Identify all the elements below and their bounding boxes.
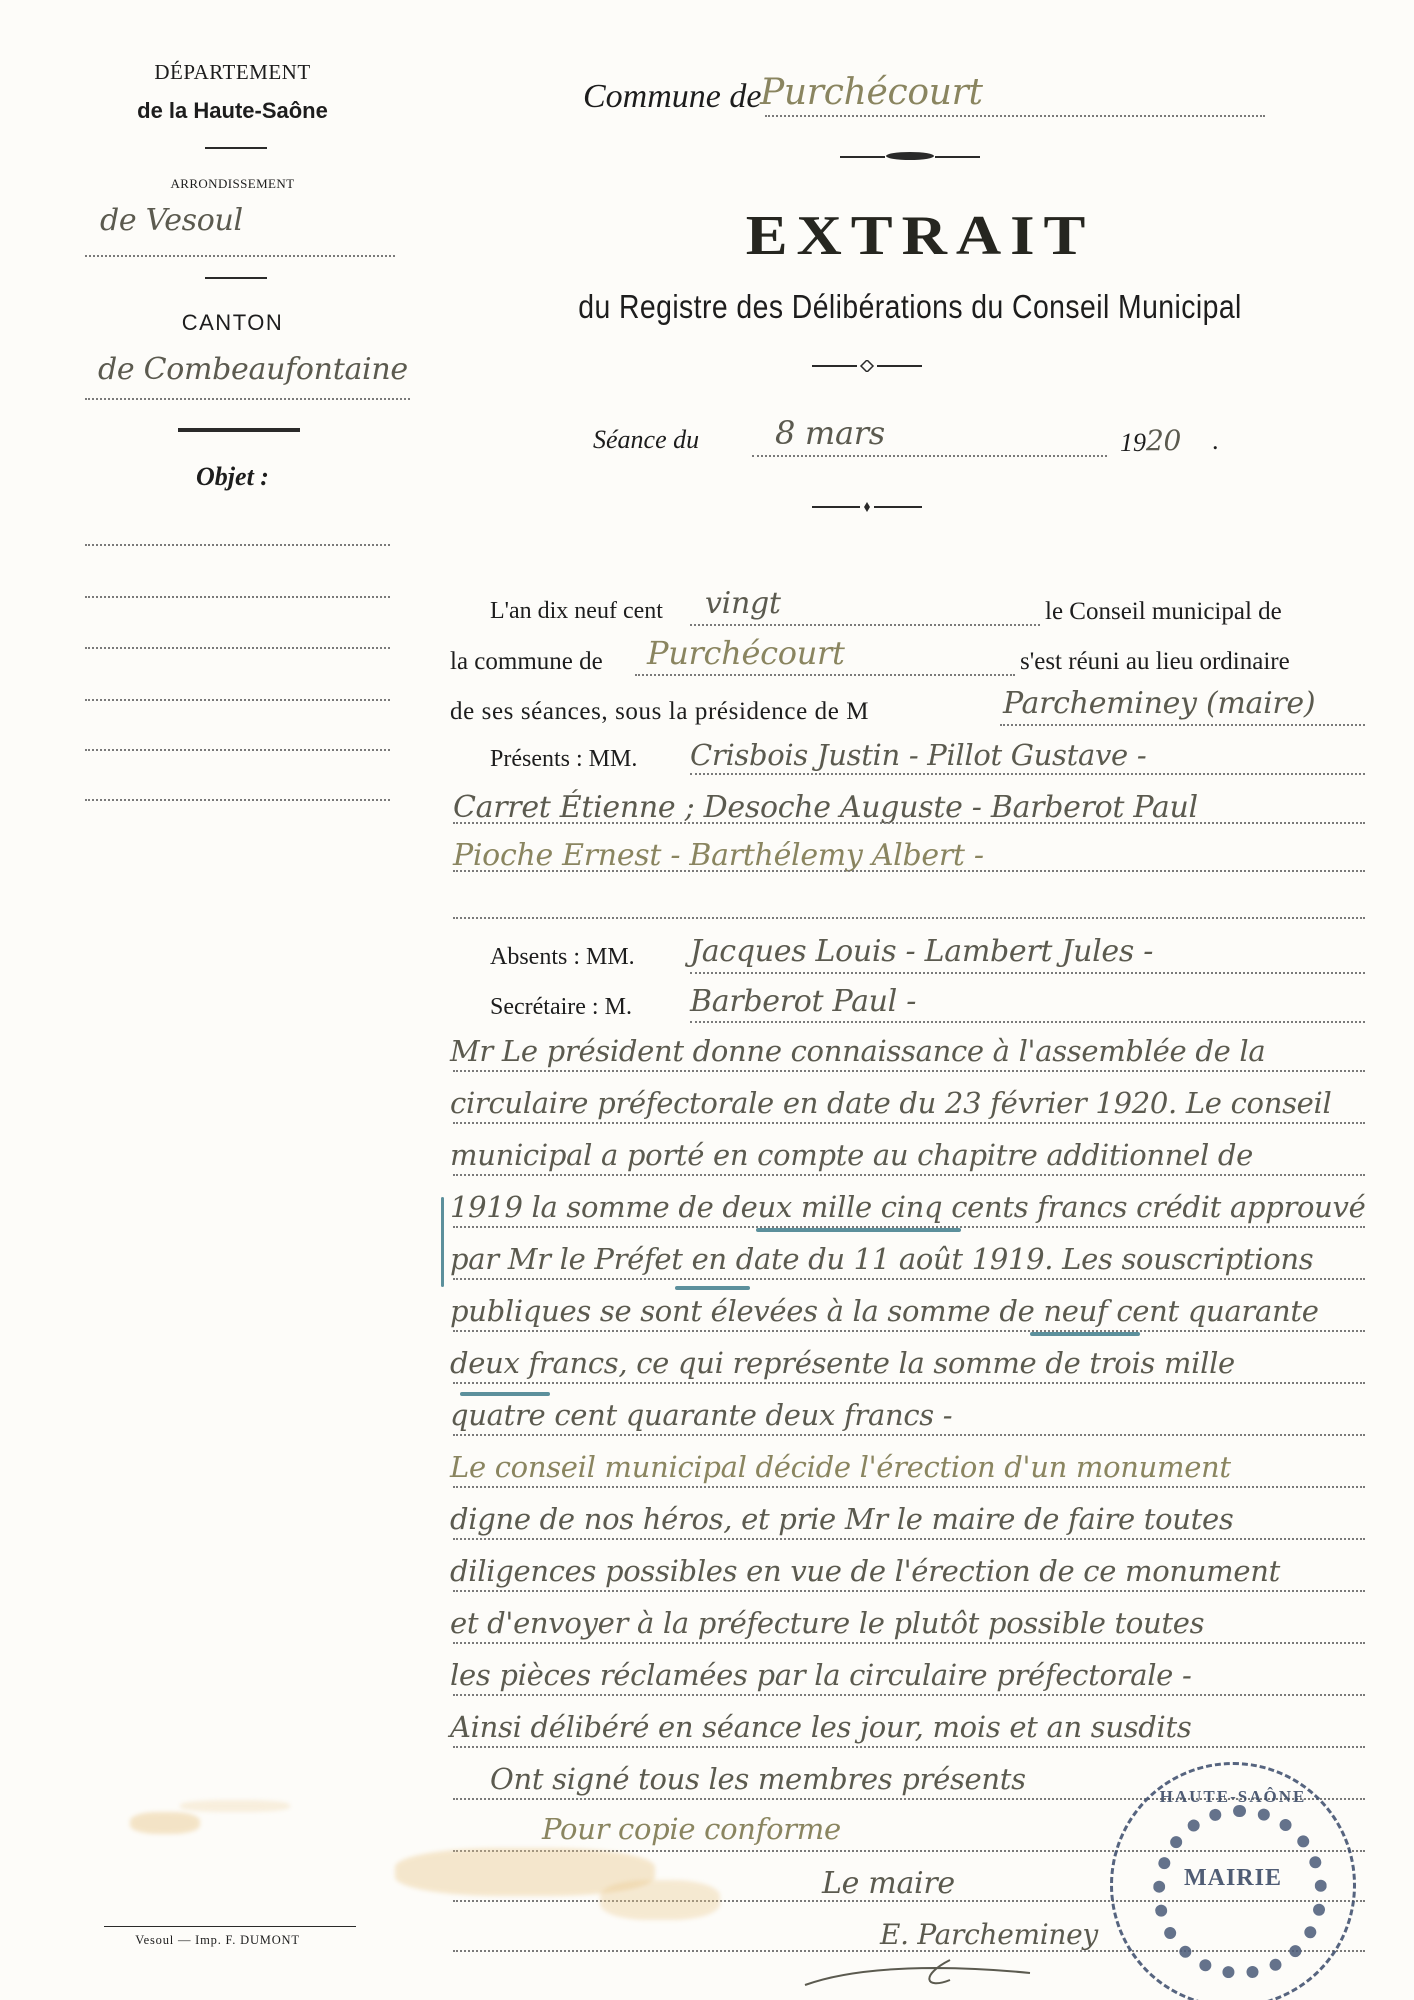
divider (178, 428, 300, 432)
ornament-diamond-icon (812, 360, 922, 372)
field-line (690, 624, 1040, 626)
field-line (690, 972, 1365, 974)
presents-label: Présents : MM. (490, 746, 637, 773)
absents-value: Jacques Louis - Lambert Jules - (690, 934, 1153, 969)
intro-line2-suffix: s'est réuni au lieu ordinaire (1020, 648, 1290, 676)
body-line: digne de nos héros, et prie Mr le maire … (450, 1502, 1233, 1536)
body-line: Mr Le président donne connaissance à l'a… (450, 1034, 1265, 1068)
stamp-top-text: HAUTE-SAÔNE (1113, 1787, 1353, 1807)
body-rule (453, 1590, 1365, 1592)
body-rule (453, 1174, 1365, 1176)
field-line (1000, 724, 1365, 726)
seance-period: . (1212, 426, 1219, 456)
objet-line (85, 596, 390, 598)
body-rule (453, 1486, 1365, 1488)
body-line: les pièces réclamées par la circulaire p… (450, 1658, 1191, 1692)
objet-line (85, 544, 390, 546)
commune-value: Purchécourt (760, 72, 983, 113)
objet-line (85, 799, 390, 801)
field-line (690, 773, 1365, 775)
objet-line (85, 699, 390, 701)
secretaire-label: Secrétaire : M. (490, 994, 632, 1021)
certification-text: Pour copie conforme (542, 1812, 841, 1846)
body-line: municipal a porté en compte au chapitre … (450, 1138, 1253, 1172)
body-rule (453, 1746, 1365, 1748)
printer-imprint: Vesoul — Imp. F. DUMONT (60, 1933, 375, 1948)
intro-line1-suffix: le Conseil municipal de (1045, 598, 1282, 626)
body-line: deux francs, ce qui représente la somme … (450, 1346, 1235, 1380)
body-line: Le conseil municipal décide l'érection d… (450, 1450, 1231, 1484)
blue-pencil-margin-mark (441, 1197, 444, 1287)
field-line (453, 870, 1365, 872)
commune-line (765, 115, 1265, 117)
objet-line (85, 647, 390, 649)
department-name: de la Haute-Saône (60, 98, 405, 124)
blue-pencil-underline (1030, 1332, 1140, 1336)
signatory-title: Le maire (822, 1866, 955, 1901)
body-rule (453, 1122, 1365, 1124)
arrondissement-label: ARRONDISSEMENT (60, 176, 405, 192)
body-rule (453, 1642, 1365, 1644)
body-line: diligences possibles en vue de l'érectio… (450, 1554, 1280, 1588)
seance-date: 8 mars (775, 414, 885, 452)
canton-value: de Combeaufontaine (98, 352, 408, 387)
arrondissement-line (85, 255, 395, 257)
body-line: Ont signé tous les membres présents (490, 1762, 1026, 1796)
department-label: DÉPARTEMENT (60, 60, 405, 85)
field-line (690, 1021, 1365, 1023)
presents-line-1: Crisbois Justin - Pillot Gustave - (690, 738, 1146, 772)
body-rule (453, 1538, 1365, 1540)
field-line (453, 917, 1365, 919)
body-line: quatre cent quarante deux francs - (450, 1398, 952, 1432)
body-rule (453, 1278, 1365, 1280)
intro-line1-prefix: L'an dix neuf cent (490, 598, 663, 625)
secretaire-value: Barberot Paul - (690, 984, 916, 1019)
laurel-wreath-icon (1153, 1805, 1327, 1979)
divider (205, 277, 267, 279)
intro-line3-prefix: de ses séances, sous la présidence de M (450, 698, 869, 726)
ornament-flourish-icon (840, 150, 980, 162)
commune-label: Commune de (583, 78, 761, 116)
divider (205, 147, 267, 149)
signature-flourish-icon (800, 1955, 1040, 1995)
body-line: et d'envoyer à la préfecture le plutôt p… (450, 1606, 1204, 1640)
seance-year-hand: 20 (1146, 424, 1181, 457)
blue-pencil-underline (460, 1392, 550, 1396)
intro-line2-prefix: la commune de (450, 648, 603, 676)
seance-line (752, 455, 1107, 457)
intro-year-value: vingt (705, 586, 781, 621)
blue-pencil-underline (756, 1228, 961, 1232)
seance-label: Séance du (593, 425, 699, 455)
body-line: Ainsi délibéré en séance les jour, mois … (450, 1710, 1191, 1744)
body-line: par Mr le Préfet en date du 11 août 1919… (450, 1242, 1313, 1276)
arrondissement-value: de Vesoul (100, 203, 243, 238)
stamp-center-text: MAIRIE (1113, 1865, 1353, 1892)
body-line: publiques se sont élevées à la somme de … (450, 1294, 1319, 1328)
body-rule (453, 1330, 1365, 1332)
paper-stain (130, 1812, 200, 1834)
document-title: EXTRAIT (517, 204, 1323, 268)
field-line (635, 674, 1015, 676)
body-rule (453, 1694, 1365, 1696)
body-line: circulaire préfectorale en date du 23 fé… (450, 1086, 1331, 1120)
paper-stain (180, 1800, 290, 1812)
president-value: Parcheminey (maire) (1003, 686, 1315, 721)
body-line: 1919 la somme de deux mille cinq cents f… (450, 1190, 1366, 1224)
presents-line-3: Pioche Ernest - Barthélemy Albert - (453, 838, 984, 873)
seance-year-printed: 19 (1120, 428, 1146, 458)
body-rule (453, 1434, 1365, 1436)
mairie-stamp: HAUTE-SAÔNE MAIRIE (1110, 1762, 1356, 2000)
objet-line (85, 749, 390, 751)
divider (104, 1926, 356, 1927)
blue-pencil-underline (675, 1286, 750, 1290)
ornament-dot-icon (812, 501, 922, 513)
paper-stain (600, 1880, 720, 1920)
body-rule (453, 1070, 1365, 1072)
presents-line-2: Carret Étienne ; Desoche Auguste - Barbe… (453, 790, 1198, 825)
objet-label: Objet : (60, 462, 405, 492)
absents-label: Absents : MM. (490, 944, 635, 971)
document-subtitle: du Registre des Délibérations du Conseil… (506, 288, 1314, 326)
mayor-signature: E. Parcheminey (880, 1918, 1098, 1951)
intro-commune-value: Purchécourt (647, 634, 845, 672)
body-rule (453, 1382, 1365, 1384)
canton-label: CANTON (60, 310, 405, 336)
canton-line (85, 398, 410, 400)
field-line (453, 822, 1365, 824)
